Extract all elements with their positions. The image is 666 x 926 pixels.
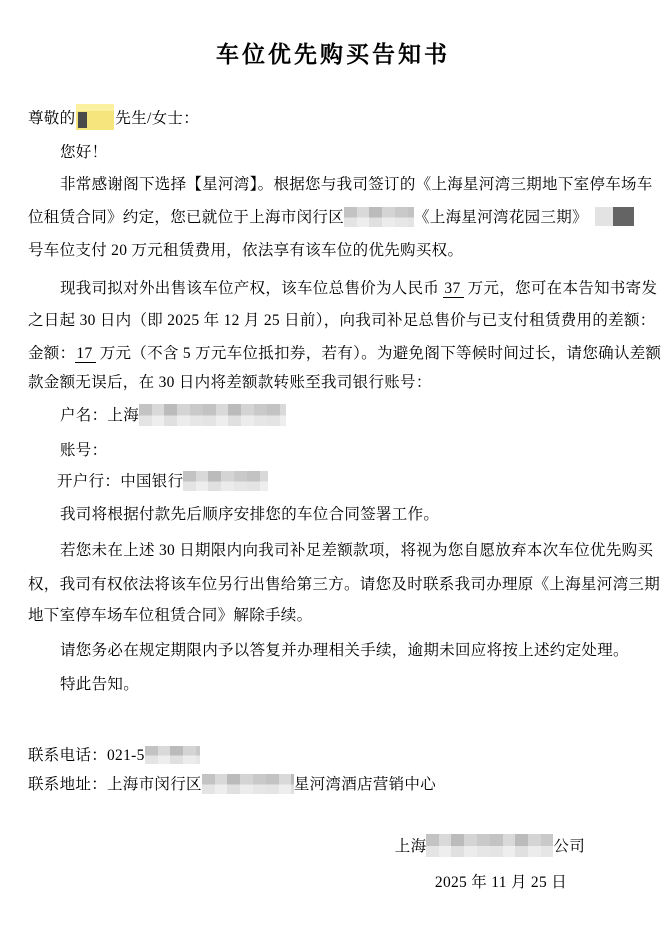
para-intro-line-2: 位租赁合同》约定，您已就位于上海市闵行区《上海星河湾花园三期》 [28,207,634,228]
text-segment: 地下室停车场车位租赁合同》解除手续。 [28,607,312,624]
bank-branch-line: 开户行：中国银行 [57,471,268,492]
unit-number-redaction-dark [613,207,634,226]
bank-account-name-line: 户名：上海 [60,405,286,426]
text-segment: 特此告知。 [60,676,139,693]
text-segment: 开户行：中国银行 [57,473,183,490]
text-segment: 联系电话：021-5 [28,747,145,764]
text-segment: 金额： [28,345,75,362]
recipient-name-highlight [76,104,114,130]
text-segment: 请您务必在规定期限内予以答复并办理相关手续，逾期未回应将按上述约定处理。 [60,642,629,659]
highlight-mark [78,112,87,128]
signing-order-line: 我司将根据付款先后顺序安排您的车位合同签署工作。 [60,504,439,525]
notice-closing-line: 特此告知。 [60,674,139,695]
text-segment: 之日起 30 日内（即 2025 年 12 月 25 日前），向我司补足总售价与… [28,312,656,329]
text-segment: 先生/女士： [115,110,199,127]
document-page: 车位优先购买告知书 尊敬的先生/女士：您好！非常感谢阁下选择【星河湾】。根据您与… [0,0,666,926]
text-segment: 账号： [60,442,107,459]
text-segment: 您好！ [60,144,107,161]
account-name-redaction [139,404,286,426]
contact-phone-line: 联系电话：021-5 [28,745,200,766]
text-segment: 星河湾酒店营销中心 [294,776,436,793]
phone-number-redaction [145,746,200,764]
para-offer-line-4: 款金额无误后，在 30 日内将差额款转账至我司银行账号： [28,372,432,393]
underlined-value: 37 [443,280,463,298]
para-offer-line-2: 之日起 30 日内（即 2025 年 12 月 25 日前），向我司补足总售价与… [28,310,656,331]
para-forfeit-line-3: 地下室停车场车位租赁合同》解除手续。 [28,605,312,626]
text-segment: 户名：上海 [60,407,139,424]
bank-account-number-line: 账号： [60,440,107,461]
para-forfeit-line-2: 权，我司有权依法将该车位另行出售给第三方。请您及时联系我司办理原《上海星河湾三期 [28,574,660,595]
street-address-redaction [344,207,414,227]
unit-number-redaction-light [595,207,613,226]
text-segment: 万元（不含 5 万元车位抵扣券，若有）。为避免阁下等候时间过长，请您确认差额 [96,345,662,362]
date-line: 2025 年 11 月 25 日 [435,872,567,893]
text-segment: 若您未在上述 30 日期限内向我司补足差额款项，将视为您自愿放弃本次车位优先购买 [60,542,653,559]
greeting-line: 您好！ [60,142,107,163]
document-title: 车位优先购买告知书 [0,41,666,69]
text-segment: 上海 [395,838,427,855]
company-signature-line: 上海公司 [395,836,585,857]
contact-address-redaction [202,774,294,794]
para-intro-line-3: 号车位支付 20 万元租赁费用，依法享有该车位的优先购买权。 [28,240,463,261]
text-segment: 尊敬的 [28,110,75,127]
text-segment: 我司将根据付款先后顺序安排您的车位合同签署工作。 [60,506,439,523]
text-segment: 款金额无误后，在 30 日内将差额款转账至我司银行账号： [28,374,432,391]
contact-address-line: 联系地址：上海市闵行区星河湾酒店营销中心 [28,774,436,795]
text-segment: 权，我司有权依法将该车位另行出售给第三方。请您及时联系我司办理原《上海星河湾三期 [28,576,660,593]
text-segment: 万元，您可在本告知书寄发 [464,280,658,297]
reply-deadline-line: 请您务必在规定期限内予以答复并办理相关手续，逾期未回应将按上述约定处理。 [60,640,629,661]
text-segment: 2025 年 11 月 25 日 [435,874,567,891]
company-name-redaction [426,834,553,857]
text-segment: 号车位支付 20 万元租赁费用，依法享有该车位的优先购买权。 [28,242,463,259]
bank-branch-redaction [183,471,268,491]
text-segment: 位租赁合同》约定，您已就位于上海市闵行区 [28,209,344,226]
text-segment: 现我司拟对外出售该车位产权，该车位总售价为人民币 [60,280,443,297]
para-offer-line-3: 金额：17 万元（不含 5 万元车位抵扣券，若有）。为避免阁下等候时间过长，请您… [28,343,661,364]
text-segment: 联系地址：上海市闵行区 [28,776,202,793]
text-segment: 公司 [553,838,585,855]
salutation-line: 尊敬的先生/女士： [28,104,199,130]
underlined-value: 17 [75,345,95,363]
text-segment: 非常感谢阁下选择【星河湾】。根据您与我司签订的《上海星河湾三期地下室停车场车 [60,176,653,193]
text-segment: 《上海星河湾花园三期》 [414,209,588,226]
para-intro-line-1: 非常感谢阁下选择【星河湾】。根据您与我司签订的《上海星河湾三期地下室停车场车 [60,174,653,195]
para-forfeit-line-1: 若您未在上述 30 日期限内向我司补足差额款项，将视为您自愿放弃本次车位优先购买 [60,540,653,561]
para-offer-line-1: 现我司拟对外出售该车位产权，该车位总售价为人民币 37 万元，您可在本告知书寄发 [60,278,657,299]
